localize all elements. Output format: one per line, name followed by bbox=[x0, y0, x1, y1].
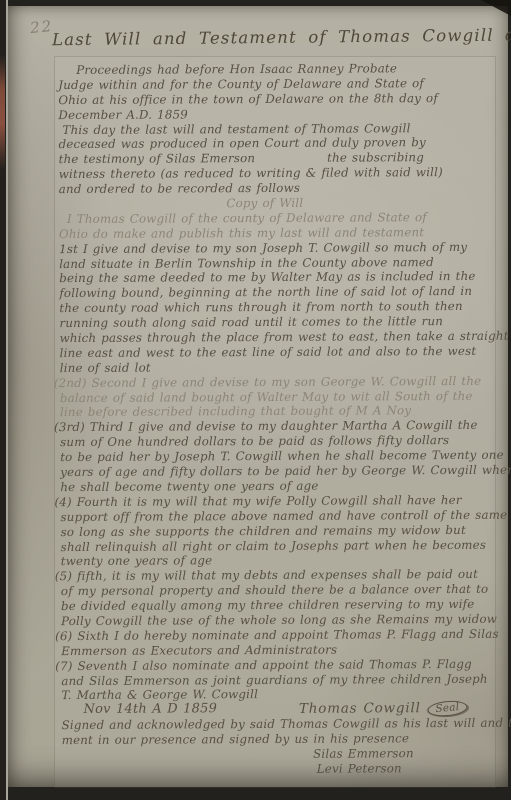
document-line: line east and west to the east line of s… bbox=[60, 344, 472, 361]
document-line: Silas Emmerson bbox=[62, 746, 414, 763]
document-line: Ohio do make and publish this my last wi… bbox=[59, 225, 471, 242]
document-line: Ohio at his office in the town of Delawa… bbox=[58, 91, 470, 108]
document-line: shall relinquish all right or claim to J… bbox=[61, 537, 473, 554]
document-line: Levi Peterson bbox=[62, 761, 402, 778]
document-line: 1st I give and devise to my son Joseph T… bbox=[59, 240, 471, 257]
corner-shadow bbox=[481, 0, 511, 16]
signature-name: Thomas Cowgill bbox=[299, 701, 421, 717]
binding-edge bbox=[0, 55, 5, 170]
photo-frame: 22 Last Will and Testament of Thomas Cow… bbox=[0, 0, 511, 800]
document-line: and Silas Emmerson as joint guardians of… bbox=[61, 671, 473, 688]
document-body: Proceedings had before Hon Isaac Ranney … bbox=[58, 61, 474, 778]
document-line: support off from the place above named a… bbox=[60, 508, 472, 525]
document-line: (6) Sixth I do hereby nominate and appoi… bbox=[55, 627, 473, 644]
document-line: so long as she supports the children and… bbox=[61, 523, 473, 540]
document-title: Last Will and Testament of Thomas Cowgil… bbox=[52, 26, 482, 50]
date-text: Nov 14th A D 1859 bbox=[83, 703, 217, 719]
document-line: years of age and fifty dollars to be pai… bbox=[60, 463, 472, 480]
document-line: (2nd) Second I give and devise to my son… bbox=[54, 374, 472, 391]
ledger-page: 22 Last Will and Testament of Thomas Cow… bbox=[8, 6, 508, 787]
document-line: (7) Seventh I also nominate and appoint … bbox=[55, 657, 473, 674]
testator-signature: Thomas CowgillSeal bbox=[299, 701, 468, 717]
document-line: Signed and acknowledged by said Thomas C… bbox=[62, 716, 474, 733]
book-edge-highlight bbox=[6, 0, 8, 800]
page-number: 22 bbox=[29, 17, 54, 37]
document-line: witness thereto (as reduced to writing &… bbox=[59, 165, 471, 182]
